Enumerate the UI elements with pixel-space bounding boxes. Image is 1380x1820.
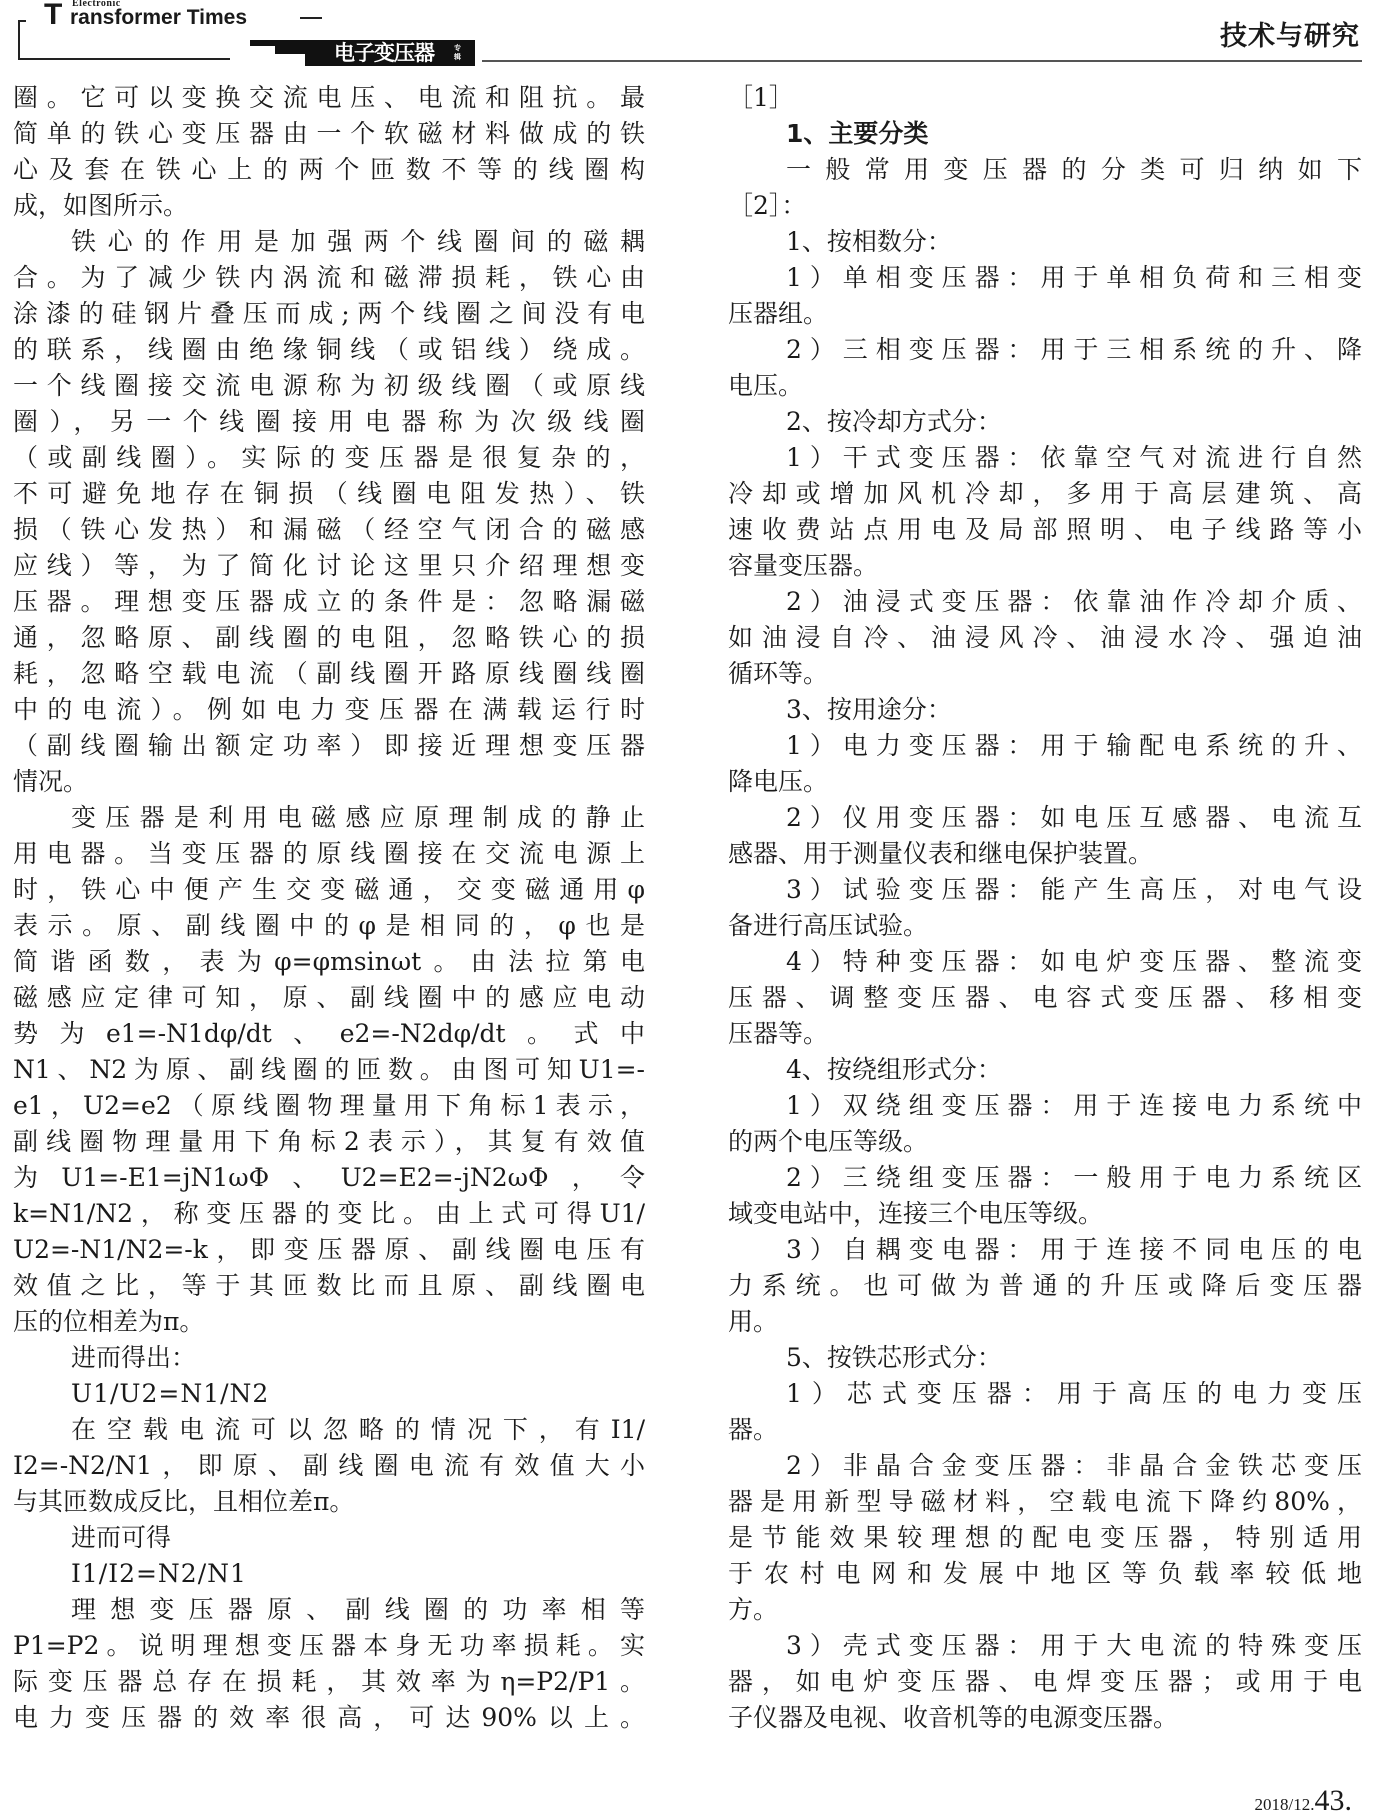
text-line: 感器、用于测量仪表和继电保护装置。 [728,836,1362,872]
journal-band-sub: 专辑 [454,44,463,62]
text-line: 压器、调整变压器、电容式变压器、移相变 [728,980,1362,1016]
text-line: 是节能效果较理想的配电变压器，特别适用 [728,1520,1362,1556]
right-column: ［1］1、主要分类一般常用变压器的分类可归纳如下［2］：1、按相数分：1）单相变… [728,80,1362,1736]
text-line: 1）干式变压器：依靠空气对流进行自然 [728,440,1362,476]
text-line: 理想变压器原、副线圈的功率相等 [13,1592,645,1628]
text-line: 器是用新型导磁材料，空载电流下降约80%， [728,1484,1362,1520]
text-line: 通，忽略原、副线圈的电阻，忽略铁心的损 [13,620,645,656]
text-line: 5、按铁芯形式分： [728,1340,1362,1376]
text-line: 压器组。 [728,296,1362,332]
text-line: 压的位相差为π。 [13,1304,645,1340]
text-line: 电压。 [728,368,1362,404]
text-line: 副线圈物理量用下角标2表示），其复有效值 [13,1124,645,1160]
text-line: ［1］ [728,80,1362,116]
text-line: 用。 [728,1304,1362,1340]
left-column: 圈。它可以变换交流电压、电流和阻抗。最简单的铁心变压器由一个软磁材料做成的铁心及… [13,80,645,1736]
text-line: I1/I2=N2/N1 [13,1556,645,1592]
text-line: 的两个电压等级。 [728,1124,1362,1160]
text-line: （或副线圈）。实际的变压器是很复杂的， [13,440,645,476]
text-line: 为U1=-E1=jN1ωΦ、U2=E2=-jN2ωΦ，令 [13,1160,645,1196]
text-line: 际变压器总存在损耗，其效率为η=P2/P1。 [13,1664,645,1700]
journal-band: 电子变压器 专辑 [250,40,475,66]
text-line: 变压器是利用电磁感应原理制成的静止 [13,800,645,836]
text-line: e1，U2=e2（原线圈物理量用下角标1表示， [13,1088,645,1124]
text-line: 应线）等，为了简化讨论这里只介绍理想变 [13,548,645,584]
text-line: 2）油浸式变压器：依靠油作冷却介质、 [728,584,1362,620]
text-line: 进而可得 [13,1520,645,1556]
text-line: 中的电流）。例如电力变压器在满载运行时 [13,692,645,728]
text-line: 器，如电炉变压器、电焊变压器；或用于电 [728,1664,1362,1700]
text-line: 4）特种变压器：如电炉变压器、整流变 [728,944,1362,980]
text-line: N1、N2为原、副线圈的匝数。由图可知U1=- [13,1052,645,1088]
text-line: 2）三相变压器：用于三相系统的升、降 [728,332,1362,368]
page-number: 43. [1315,1784,1353,1817]
text-line: U2=-N1/N2=-k，即变压器原、副线圈电压有 [13,1232,645,1268]
text-line: U1/U2=N1/N2 [13,1376,645,1412]
text-line: 耗，忽略空载电流（副线圈开路原线圈线圈 [13,656,645,692]
text-line: 循环等。 [728,656,1362,692]
text-line: 2）仪用变压器：如电压互感器、电流互 [728,800,1362,836]
text-line: 心及套在铁心上的两个匝数不等的线圈构 [13,152,645,188]
text-line: 力系统。也可做为普通的升压或降后变压器 [728,1268,1362,1304]
text-line: 3、按用途分： [728,692,1362,728]
header-rule [482,60,1362,62]
text-line: 3）自耦变电器：用于连接不同电压的电 [728,1232,1362,1268]
text-line: 情况。 [13,764,645,800]
text-line: 铁心的作用是加强两个线圈间的磁耦 [13,224,645,260]
text-line: 圈），另一个线圈接用电器称为次级线圈 [13,404,645,440]
text-line: 进而得出： [13,1340,645,1376]
text-line: 域变电站中，连接三个电压等级。 [728,1196,1362,1232]
text-line: 1、主要分类 [728,116,1362,152]
text-line: 1）双绕组变压器：用于连接电力系统中 [728,1088,1362,1124]
text-line: k=N1/N2，称变压器的变比。由上式可得U1/ [13,1196,645,1232]
text-line: （副线圈输出额定功率）即接近理想变压器 [13,728,645,764]
text-line: 2）三绕组变压器：一般用于电力系统区 [728,1160,1362,1196]
text-line: 4、按绕组形式分： [728,1052,1362,1088]
text-line: 于农村电网和发展中地区等负载率较低地 [728,1556,1362,1592]
text-line: 速收费站点用电及局部照明、电子线路等小 [728,512,1362,548]
text-line: P1=P2。说明理想变压器本身无功率损耗。实 [13,1628,645,1664]
text-line: 如油浸自冷、油浸风冷、油浸水冷、强迫油 [728,620,1362,656]
text-line: 表示。原、副线圈中的φ是相同的，φ也是 [13,908,645,944]
section-title: 技术与研究 [1220,20,1360,54]
text-line: 备进行高压试验。 [728,908,1362,944]
text-line: 圈。它可以变换交流电压、电流和阻抗。最 [13,80,645,116]
text-line: 简谐函数，表为φ=φmsinωt。由法拉第电 [13,944,645,980]
text-line: 1）芯式变压器：用于高压的电力变压 [728,1376,1362,1412]
text-line: 效值之比，等于其匝数比而且原、副线圈电 [13,1268,645,1304]
header-rule-left [18,58,230,60]
text-line: 冷却或增加风机冷却，多用于高层建筑、高 [728,476,1362,512]
text-line: 子仪器及电视、收音机等的电源变压器。 [728,1700,1362,1736]
text-line: 损（铁心发热）和漏磁（经空气闭合的磁感 [13,512,645,548]
text-line: 一个线圈接交流电源称为初级线圈（或原线 [13,368,645,404]
text-line: 电力变压器的效率很高，可达90%以上。 [13,1700,645,1736]
text-line: 2）非晶合金变压器：非晶合金铁芯变压 [728,1448,1362,1484]
text-line: 与其匝数成反比，且相位差π。 [13,1484,645,1520]
text-line: 压器。理想变压器成立的条件是：忽略漏磁 [13,584,645,620]
journal-logo-name: ransformer Times [70,7,247,29]
journal-logo-initial: T [44,0,62,30]
journal-band-label: 电子变压器 [334,43,434,65]
text-line: 势为e1=-N1dφ/dt、e2=-N2dφ/dt。式中 [13,1016,645,1052]
text-line: 3）壳式变压器：用于大电流的特殊变压 [728,1628,1362,1664]
text-line: 降电压。 [728,764,1362,800]
text-line: ［2］： [728,188,1362,224]
text-line: 时，铁心中便产生交变磁通，交变磁通用φ [13,872,645,908]
text-line: 压器等。 [728,1016,1362,1052]
text-line: 3）试验变压器：能产生高压，对电气设 [728,872,1362,908]
text-line: 容量变压器。 [728,548,1362,584]
text-line: I2=-N2/N1，即原、副线圈电流有效值大小 [13,1448,645,1484]
text-line: 一般常用变压器的分类可归纳如下 [728,152,1362,188]
text-line: 成，如图所示。 [13,188,645,224]
page-footer: 2018/12.43. [1255,1784,1352,1818]
text-line: 1）单相变压器：用于单相负荷和三相变 [728,260,1362,296]
text-line: 方。 [728,1592,1362,1628]
issue-date: 2018/12. [1255,1795,1315,1814]
text-line: 在空载电流可以忽略的情况下，有I1/ [13,1412,645,1448]
text-line: 1、按相数分： [728,224,1362,260]
text-line: 不可避免地存在铜损（线圈电阻发热）、铁 [13,476,645,512]
text-line: 1）电力变压器：用于输配电系统的升、 [728,728,1362,764]
text-line: 简单的铁心变压器由一个软磁材料做成的铁 [13,116,645,152]
text-line: 2、按冷却方式分： [728,404,1362,440]
text-line: 用电器。当变压器的原线圈接在交流电源上 [13,836,645,872]
text-line: 合。为了减少铁内涡流和磁滞损耗，铁心由 [13,260,645,296]
text-line: 的联系，线圈由绝缘铜线（或铝线）绕成。 [13,332,645,368]
text-line: 磁感应定律可知，原、副线圈中的感应电动 [13,980,645,1016]
page-header: T Electronic ransformer Times 电子变压器 专辑 技… [0,0,1380,70]
text-line: 器。 [728,1412,1362,1448]
header-dash [300,17,322,19]
text-line: 涂漆的硅钢片叠压而成;两个线圈之间没有电 [13,296,645,332]
